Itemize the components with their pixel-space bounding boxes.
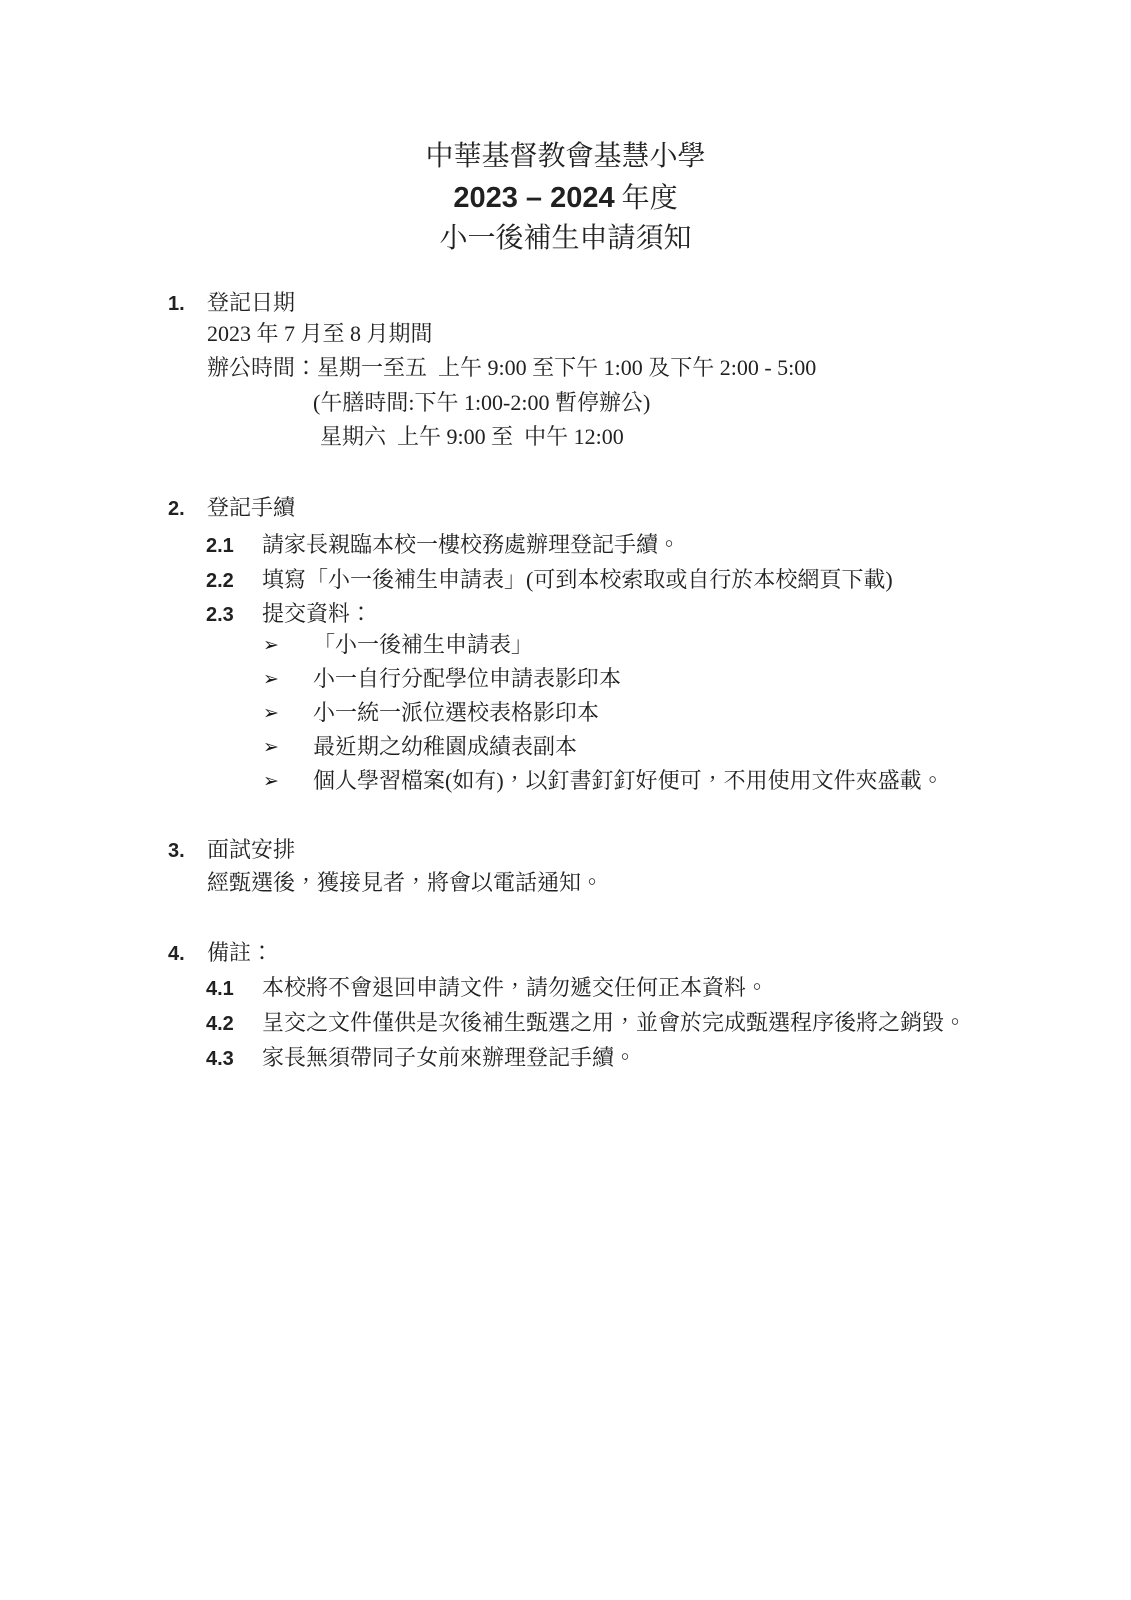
bullet-text: 「小一後補生申請表」 [313, 634, 533, 656]
document-subtitle: 小一後補生申請須知 [0, 222, 1131, 256]
bullet-arrow-icon: ➢ [263, 772, 279, 791]
section-heading: 備註： [207, 942, 273, 964]
section-number: 3. [168, 841, 185, 861]
item-text: 請家長親臨本校一樓校務處辦理登記手續。 [262, 534, 680, 556]
bullet-item: ➢ 小一統一派位選校表格影印本 [0, 702, 1131, 732]
sub-item: 2.1 請家長親臨本校一樓校務處辦理登記手續。 [0, 534, 1131, 564]
item-number: 4.3 [206, 1049, 234, 1069]
sub-item: 2.3 提交資料： [0, 603, 1131, 633]
section-heading: 登記日期 [207, 292, 295, 314]
bullet-item: ➢ 最近期之幼稚園成績表副本 [0, 736, 1131, 766]
body-line: 2023 年 7 月至 8 月期間 [0, 323, 1131, 353]
section-heading-row: 1. 登記日期 [0, 292, 1131, 322]
sub-item: 2.2 填寫「小一後補生申請表」(可到本校索取或自行於本校網頁下載) [0, 569, 1131, 599]
bullet-arrow-icon: ➢ [263, 636, 279, 655]
section-heading: 登記手續 [207, 497, 295, 519]
bullet-text: 小一統一派位選校表格影印本 [313, 702, 599, 724]
registration-period: 2023 年 7 月至 8 月期間 [207, 323, 433, 345]
bullet-arrow-icon: ➢ [263, 704, 279, 723]
body-line: 經甄選後，獲接見者，將會以電話通知。 [0, 872, 1131, 902]
item-text: 本校將不會退回申請文件，請勿遞交任何正本資料。 [262, 977, 768, 999]
item-number: 2.2 [206, 571, 234, 591]
bullet-item: ➢ 「小一後補生申請表」 [0, 634, 1131, 664]
section-heading-row: 3. 面試安排 [0, 839, 1131, 869]
interview-note: 經甄選後，獲接見者，將會以電話通知。 [207, 872, 603, 894]
bullet-arrow-icon: ➢ [263, 670, 279, 689]
bullet-arrow-icon: ➢ [263, 738, 279, 757]
item-number: 2.3 [206, 605, 234, 625]
bullet-text: 小一自行分配學位申請表影印本 [313, 668, 621, 690]
saturday-hours: 星期六 上午 9:00 至 中午 12:00 [320, 426, 624, 448]
document-page: 中華基督教會基慧小學 2023 – 2024 年度 小一後補生申請須知 1. 登… [0, 0, 1131, 1600]
section-heading: 面試安排 [207, 839, 295, 861]
sub-item: 4.1 本校將不會退回申請文件，請勿遞交任何正本資料。 [0, 977, 1131, 1007]
section-heading-row: 4. 備註： [0, 942, 1131, 972]
sub-item: 4.2 呈交之文件僅供是次後補生甄選之用，並會於完成甄選程序後將之銷毀。 [0, 1012, 1131, 1042]
item-text: 提交資料： [262, 603, 372, 625]
bullet-item: ➢ 小一自行分配學位申請表影印本 [0, 668, 1131, 698]
section-number: 1. [168, 294, 185, 314]
body-line: 辦公時間：星期一至五 上午 9:00 至下午 1:00 及下午 2:00 - 5… [0, 357, 1131, 387]
item-text: 家長無須帶同子女前來辦理登記手續。 [262, 1047, 636, 1069]
item-text: 呈交之文件僅供是次後補生甄選之用，並會於完成甄選程序後將之銷毀。 [262, 1012, 966, 1034]
item-number: 2.1 [206, 536, 234, 556]
bullet-item: ➢ 個人學習檔案(如有)，以釘書釘釘好便可，不用使用文件夾盛載。 [0, 770, 1131, 800]
section-heading-row: 2. 登記手續 [0, 497, 1131, 527]
lunch-break-note: (午膳時間:下午 1:00-2:00 暫停辦公) [313, 392, 650, 414]
sub-item: 4.3 家長無須帶同子女前來辦理登記手續。 [0, 1047, 1131, 1077]
academic-year-numbers: 2023 – 2024 [453, 182, 614, 214]
bullet-text: 個人學習檔案(如有)，以釘書釘釘好便可，不用使用文件夾盛載。 [313, 770, 944, 792]
body-line: (午膳時間:下午 1:00-2:00 暫停辦公) [0, 392, 1131, 422]
academic-year-suffix: 年度 [615, 183, 678, 214]
body-line: 星期六 上午 9:00 至 中午 12:00 [0, 426, 1131, 456]
school-name: 中華基督教會基慧小學 [0, 140, 1131, 174]
bullet-text: 最近期之幼稚園成績表副本 [313, 736, 577, 758]
item-text: 填寫「小一後補生申請表」(可到本校索取或自行於本校網頁下載) [262, 569, 893, 591]
section-number: 2. [168, 499, 185, 519]
academic-year: 2023 – 2024 年度 [0, 181, 1131, 216]
item-number: 4.1 [206, 979, 234, 999]
item-number: 4.2 [206, 1014, 234, 1034]
section-number: 4. [168, 944, 185, 964]
office-hours: 辦公時間：星期一至五 上午 9:00 至下午 1:00 及下午 2:00 - 5… [207, 357, 816, 379]
